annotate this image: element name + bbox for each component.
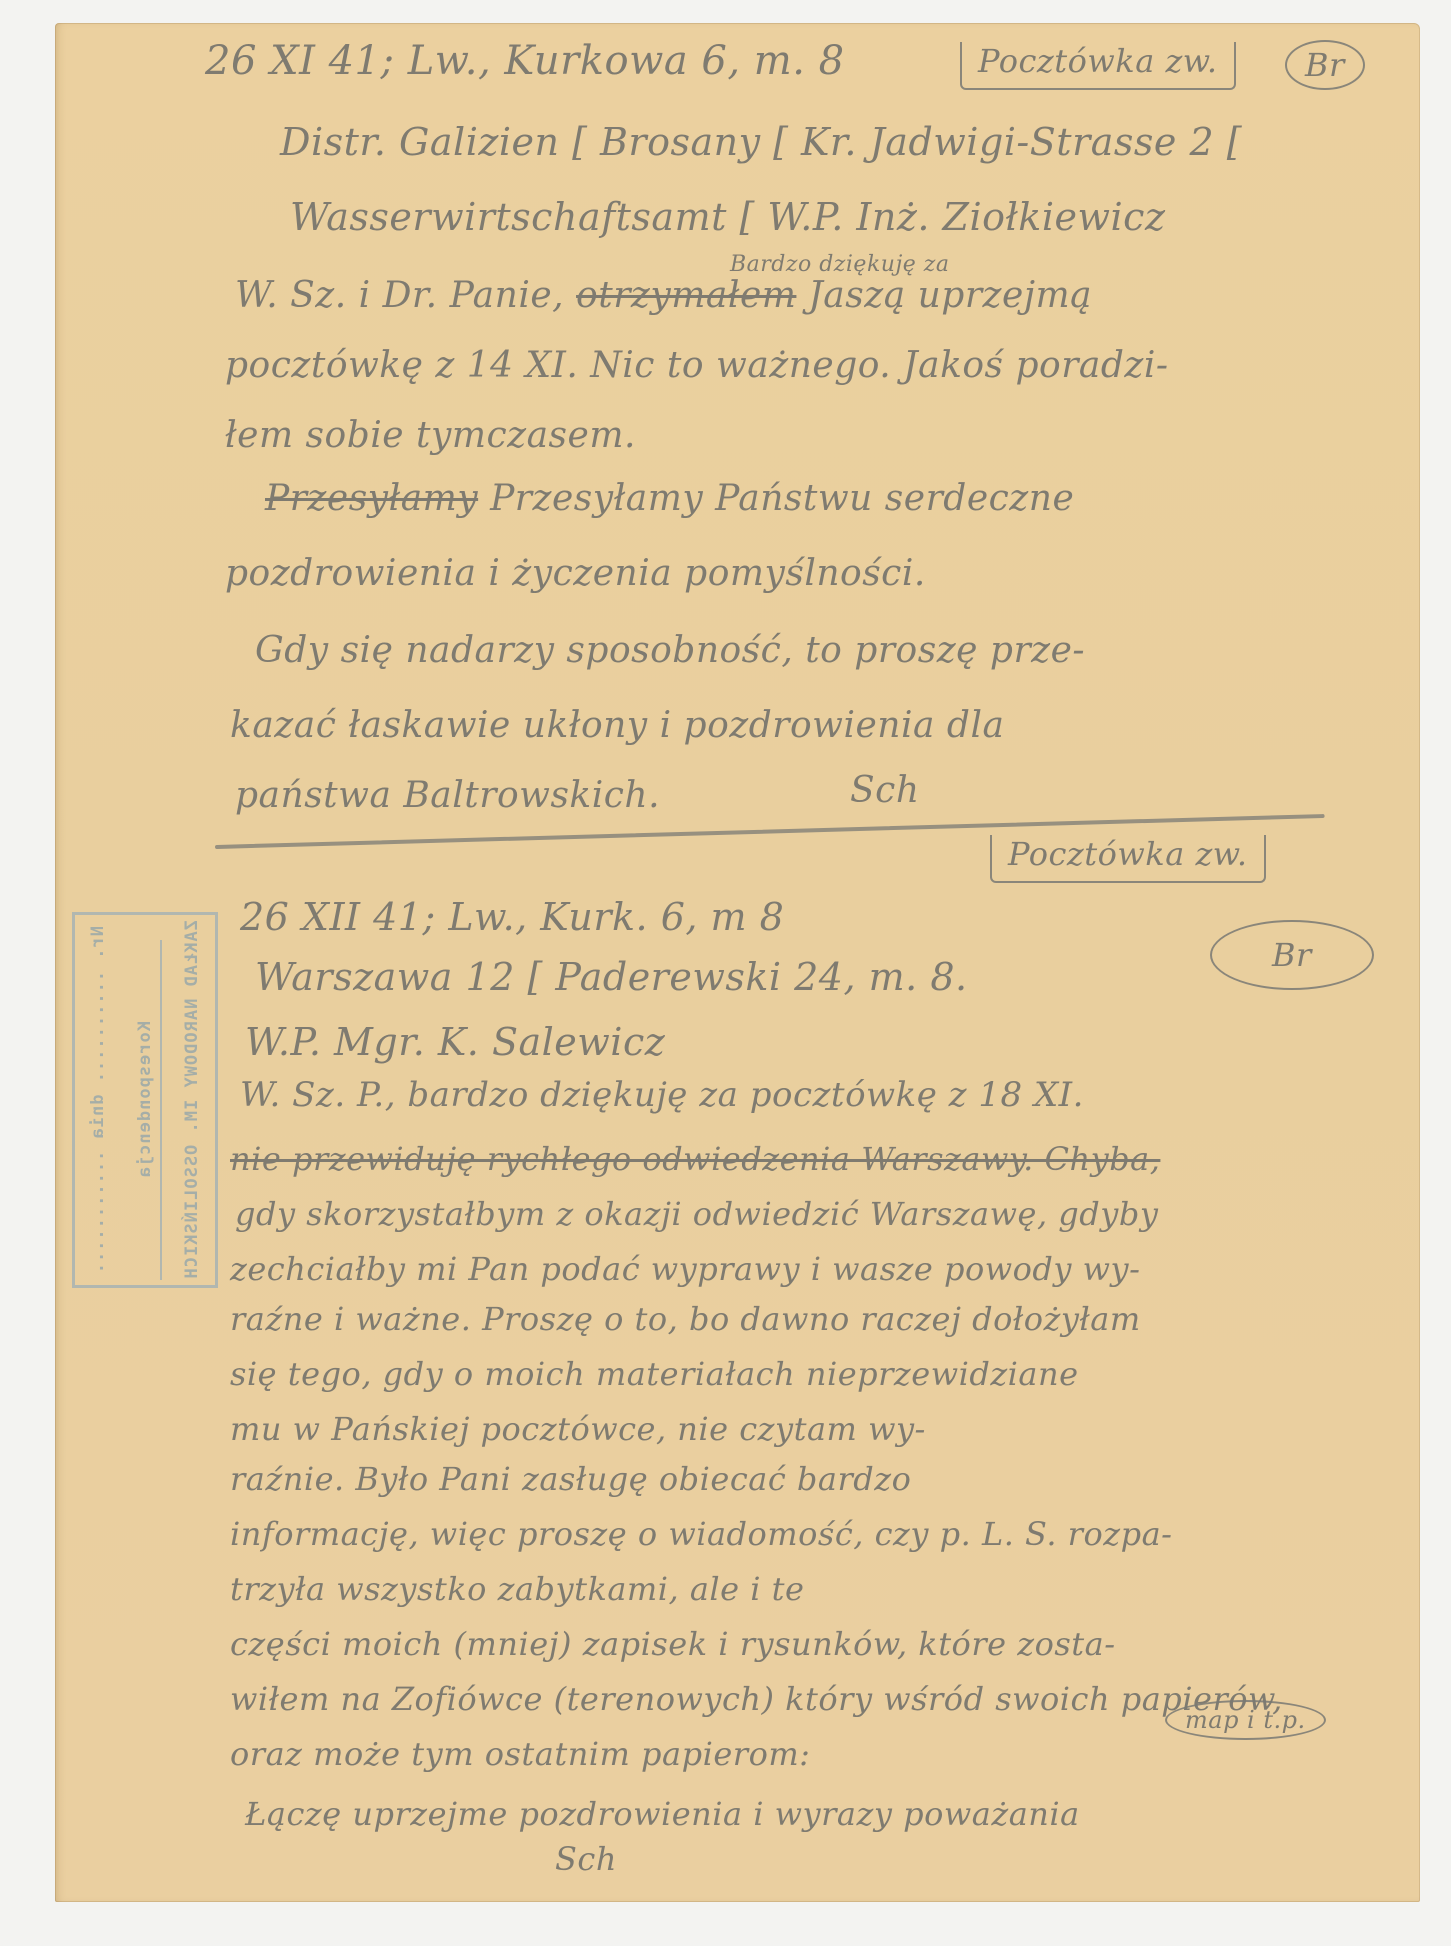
letter2-body-line: części moich (mniej) zapisek i rysunków,… bbox=[230, 1625, 1116, 1663]
letter2-body-line-struck: nie przewiduję rychłego odwiedzenia Wars… bbox=[230, 1140, 1160, 1178]
letter1-tag-boxed: Pocztówka zw. bbox=[960, 42, 1236, 90]
letter2-body-line: mu w Pańskiej pocztówce, nie czytam wy- bbox=[230, 1410, 926, 1448]
letter1-tag-circled: Br bbox=[1285, 40, 1365, 90]
letter2-body-line: zechciałby mi Pan podać wyprawy i wasze … bbox=[230, 1250, 1140, 1288]
letter1-header: 26 XI 41; Lw., Kurkowa 6, m. 8 bbox=[205, 38, 845, 84]
letter2-body-line: trzyła wszystko zabytkami, ale i te bbox=[230, 1570, 804, 1608]
letter1-para3-line: kazać łaskawie ukłony i pozdrowienia dla bbox=[230, 705, 1004, 746]
letter2-salutation: W. Sz. P., bardzo dziękuję za pocztówkę … bbox=[240, 1075, 1084, 1115]
letter2-body-line: raźnie. Było Pani zasługę obiecać bardzo bbox=[230, 1460, 911, 1498]
letter2-tag-circled: Br bbox=[1210, 920, 1374, 990]
letter1-insertion: Bardzo dziękuję za bbox=[730, 252, 949, 277]
struck-word: Przesyłamy bbox=[265, 478, 478, 519]
letter1-para3-line: państwa Baltrowskich. bbox=[235, 775, 660, 816]
stamp-line: Nr. .......... dnia ........... bbox=[88, 926, 108, 1274]
letter2-tag-boxed: Pocztówka zw. bbox=[990, 835, 1266, 883]
circled-note-map: map i t.p. bbox=[1165, 1700, 1326, 1740]
para2-text: Przesyłamy Państwu serdeczne bbox=[490, 478, 1074, 519]
letter1-para2-line: pozdrowienia i życzenia pomyślności. bbox=[225, 553, 926, 594]
stamp-line: ZAKŁAD NARODOWY IM. OSSOLIŃSKICH bbox=[182, 920, 202, 1280]
letter2-header: 26 XII 41; Lw., Kurk. 6, m 8 bbox=[240, 895, 784, 939]
letter1-body-line: pocztówkę z 14 XI. Nic to ważnego. Jakoś… bbox=[225, 345, 1169, 386]
letter2-body-line: się tego, gdy o moich materiałach nieprz… bbox=[230, 1355, 1079, 1393]
salutation-prefix: W. Sz. i Dr. Panie, bbox=[235, 275, 564, 316]
letter1-signature: Sch bbox=[850, 770, 920, 811]
letter1-address-line2: Wasserwirtschaftsamt [ W.P. Inż. Ziołkie… bbox=[290, 195, 1165, 239]
letter1-address-line1: Distr. Galizien [ Brosany [ Kr. Jadwigi-… bbox=[280, 120, 1242, 164]
letter2-closing: Łączę uprzejme pozdrowienia i wyrazy pow… bbox=[245, 1795, 1080, 1833]
stamp-line: Korespondencja bbox=[135, 1021, 155, 1178]
letter1-body-line: łem sobie tymczasem. bbox=[225, 415, 636, 456]
letter1-para2-line: Przesyłamy Przesyłamy Państwu serdeczne bbox=[265, 478, 1074, 519]
letter1-para3-line: Gdy się nadarzy sposobność, to proszę pr… bbox=[255, 630, 1085, 671]
letter2-body-line: wiłem na Zofiówce (terenowych) który wśr… bbox=[230, 1680, 1283, 1718]
letter2-body-line: informację, więc proszę o wiadomość, czy… bbox=[230, 1515, 1172, 1553]
letter1-salutation: W. Sz. i Dr. Panie, otrzymałem Jaszą upr… bbox=[235, 275, 1092, 316]
letter2-body-line: gdy skorzystałbym z okazji odwiedzić War… bbox=[235, 1195, 1158, 1233]
struck-word: otrzymałem bbox=[576, 275, 796, 316]
letter2-address-line2: W.P. Mgr. K. Salewicz bbox=[245, 1020, 665, 1064]
salutation-rest: Jaszą uprzejmą bbox=[808, 275, 1092, 316]
library-stamp: ZAKŁAD NARODOWY IM. OSSOLIŃSKICH Korespo… bbox=[72, 912, 218, 1288]
letter2-body-line: oraz może tym ostatnim papierom: bbox=[230, 1735, 810, 1773]
letter2-body-line: raźne i ważne. Proszę o to, bo dawno rac… bbox=[230, 1300, 1141, 1338]
letter2-signature-text: Sch bbox=[555, 1840, 617, 1878]
letter2-address-line1: Warszawa 12 [ Paderewski 24, m. 8. bbox=[255, 955, 968, 999]
